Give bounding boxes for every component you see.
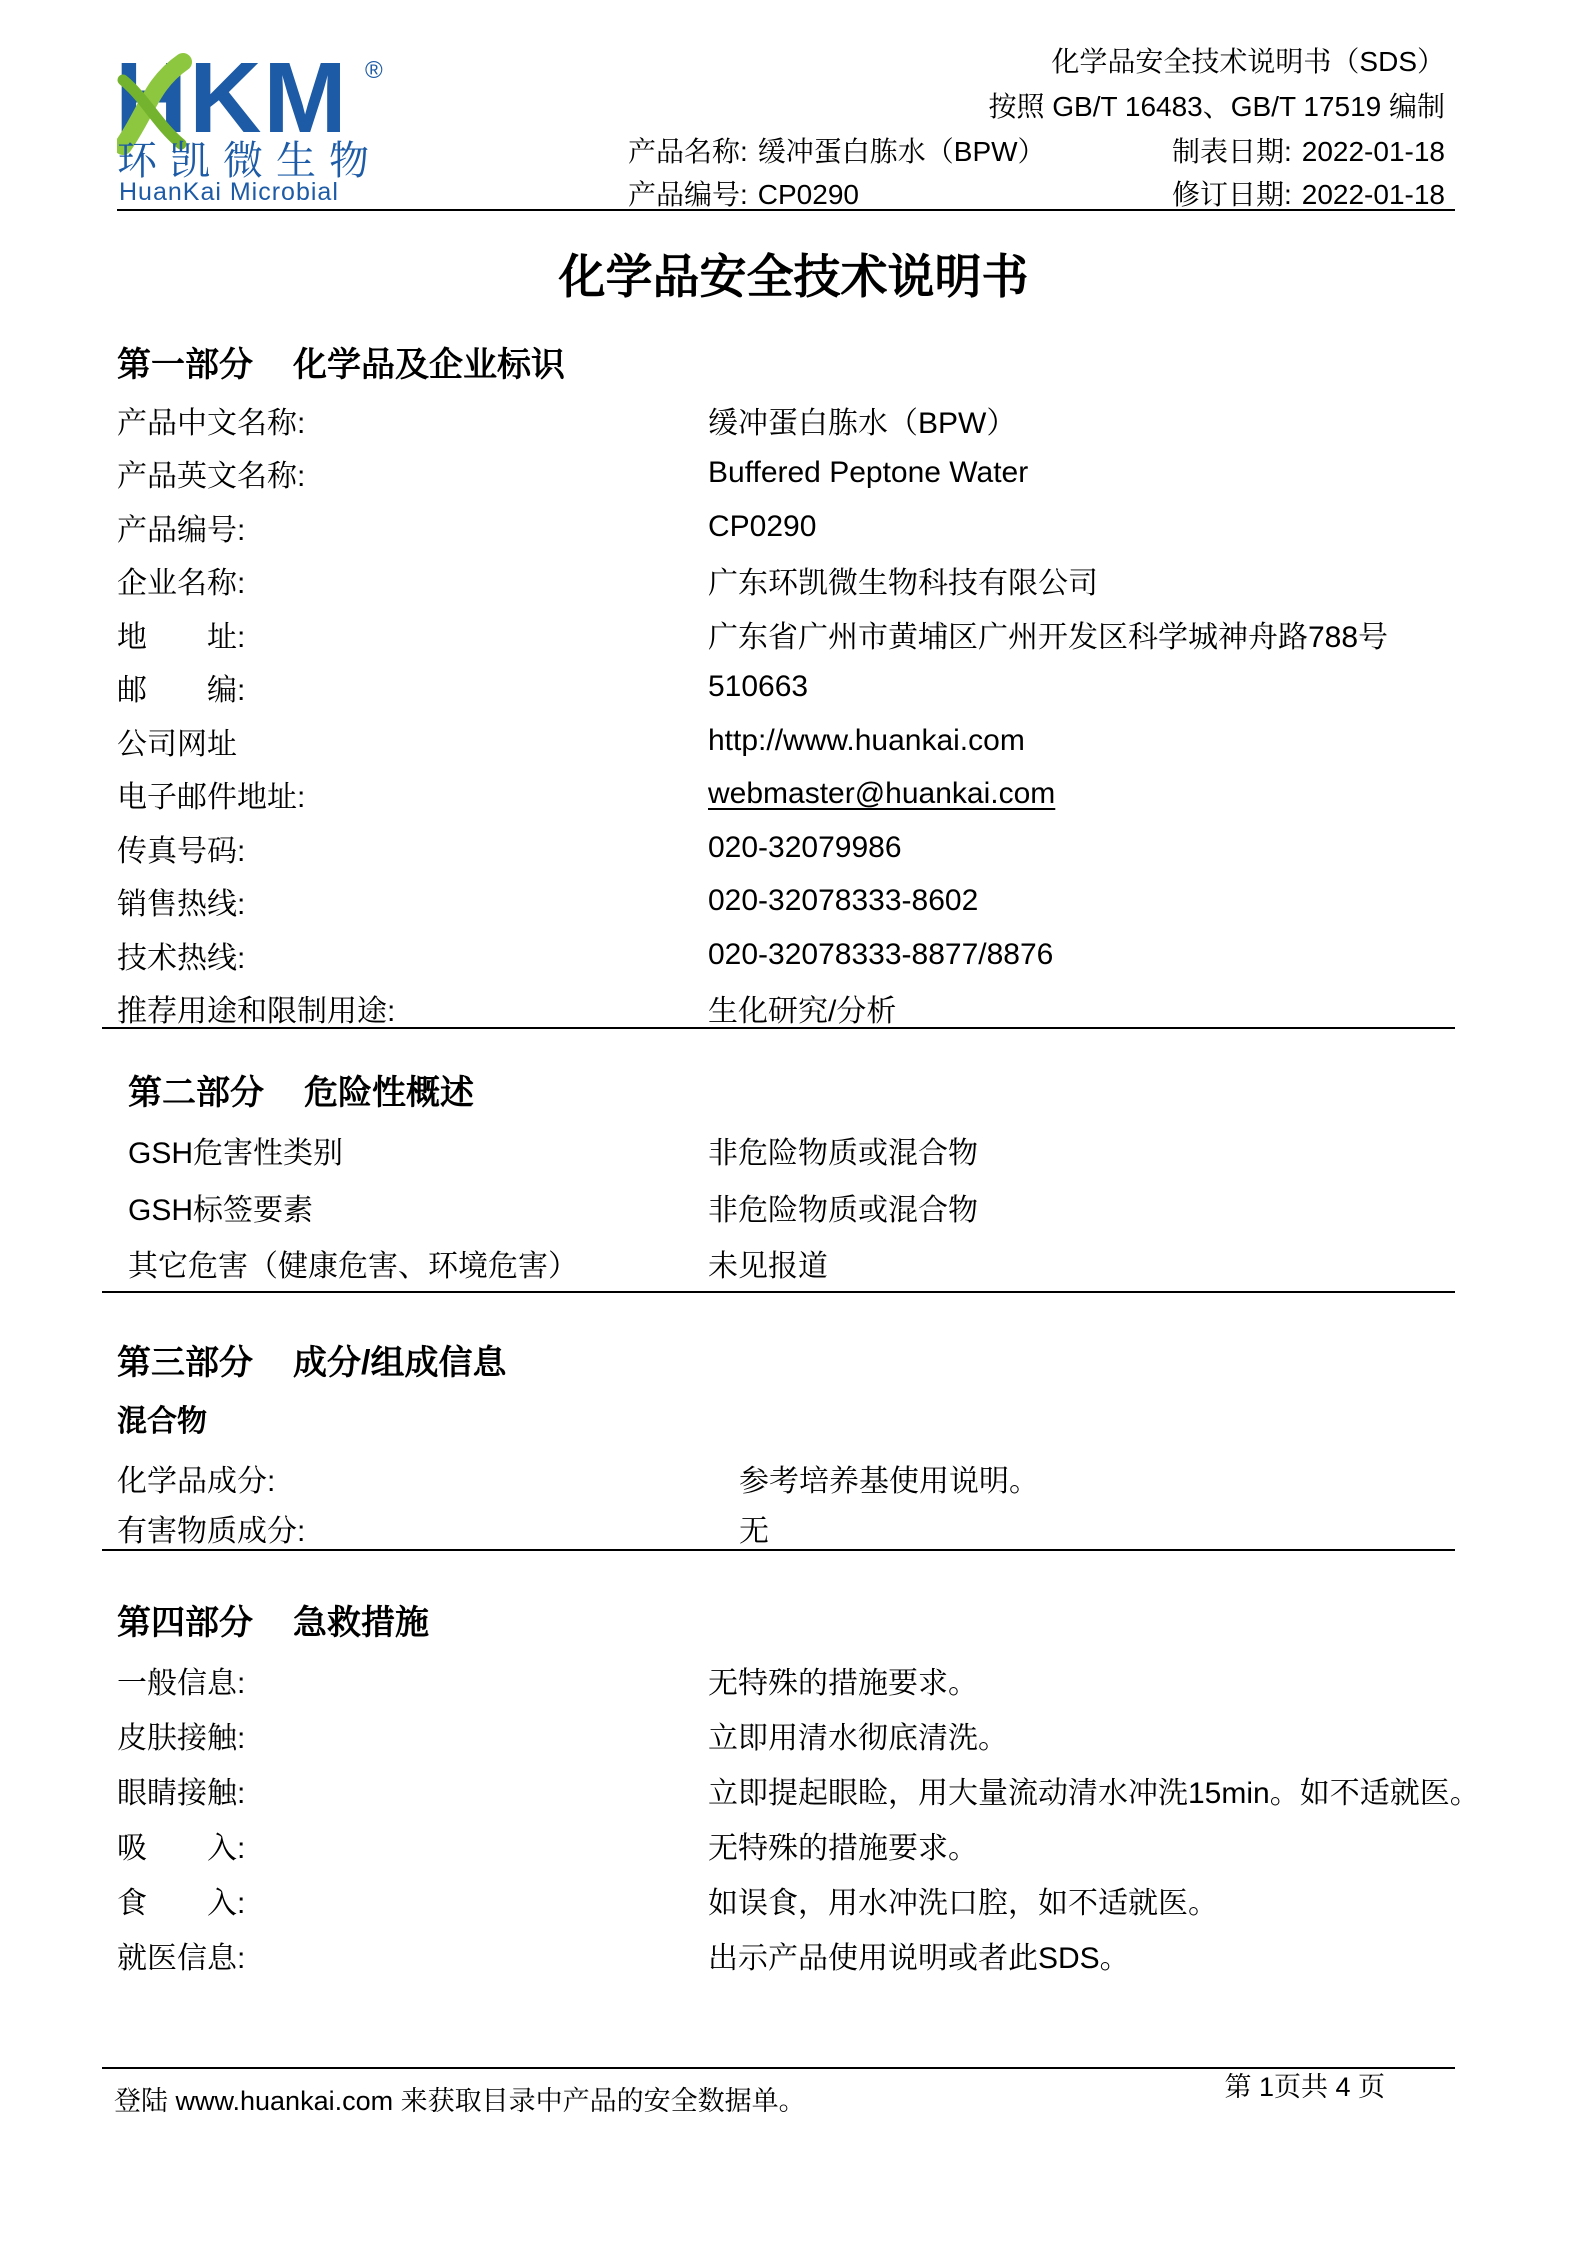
field-value: 020-32079986 [708,831,902,865]
section-3-rows: 化学品成分: 参考培养基使用说明。 有害物质成分: 无 [117,1453,1467,1553]
row-email: 电子邮件地址: webmaster@huankai.com [117,768,1467,822]
field-value: 生化研究/分析 [708,986,896,1030]
section-1-heading: 第一部分化学品及企业标识 [117,345,565,385]
document-title: 化学品安全技术说明书 [0,240,1587,307]
row-eye-contact: 眼睛接触: 立即提起眼睑，用大量流动清水冲洗15min。如不适就医。 [117,1762,1467,1817]
field-label: 公司网址 [117,719,708,763]
section-1-name: 化学品及企业标识 [293,346,565,384]
field-label: 眼睛接触: [117,1768,708,1812]
create-date-value: 2022-01-18 [1302,136,1445,167]
product-name-label: 产品名称: [628,136,748,167]
field-value: 无特殊的措施要求。 [708,1823,978,1867]
row-ghs-label-elements: GSH标签要素 非危险物质或混合物 [128,1179,1467,1236]
row-ingestion: 食 入: 如误食，用水冲洗口腔，如不适就医。 [117,1872,1467,1927]
field-label: GSH标签要素 [128,1185,708,1229]
product-code-value: CP0290 [758,179,859,210]
section-4-rows: 一般信息: 无特殊的措施要求。 皮肤接触: 立即用清水彻底清洗。 眼睛接触: 立… [117,1652,1467,1982]
row-tech-hotline: 技术热线: 020-32078333-8877/8876 [117,928,1467,982]
row-hazardous-components: 有害物质成分: 无 [117,1503,1467,1553]
section-3-number: 第三部分 [117,1344,253,1382]
compiled-standard-line: 按照 GB/T 16483、GB/T 17519 编制 [988,90,1445,124]
section-divider-line [102,1549,1455,1551]
logo-en-name: HuanKai Microbial [119,178,339,206]
product-name-value: 缓冲蛋白胨水（BPW） [758,136,1046,167]
field-value: 立即用清水彻底清洗。 [708,1713,1008,1757]
row-fax: 传真号码: 020-32079986 [117,821,1467,875]
row-product-cn-name: 产品中文名称: 缓冲蛋白胨水（BPW） [117,393,1467,447]
section-divider-line [102,1291,1455,1293]
revise-date-value: 2022-01-18 [1302,179,1445,210]
row-address: 地 址: 广东省广州市黄埔区广州开发区科学城神舟路788号 [117,607,1467,661]
sds-document-page: HKM ® 环凯微生物 HuanKai Microbial 化学品安全技术说明书… [0,0,1587,2245]
field-label: 技术热线: [117,933,708,977]
field-label: 就医信息: [117,1933,708,1977]
mixture-subheading: 混合物 [117,1407,207,1437]
field-value: 无 [739,1506,769,1550]
field-label: 销售热线: [117,879,708,923]
row-website: 公司网址 http://www.huankai.com [117,714,1467,768]
field-value: 020-32078333-8877/8876 [708,938,1053,972]
field-value: 广东环凯微生物科技有限公司 [708,558,1098,602]
field-label: 传真号码: [117,826,708,870]
row-general-info: 一般信息: 无特殊的措施要求。 [117,1652,1467,1707]
header-product-name-row: 产品名称:缓冲蛋白胨水（BPW） 制表日期:2022-01-18 [628,135,1445,169]
section-4-heading: 第四部分急救措施 [117,1603,429,1643]
field-label: 有害物质成分: [117,1506,739,1550]
section-2-number: 第二部分 [128,1074,264,1112]
footer-note: 登陆 www.huankai.com 来获取目录中产品的安全数据单。 [114,2085,806,2117]
field-label: GSH危害性类别 [128,1128,708,1172]
section-2-rows: GSH危害性类别 非危险物质或混合物 GSH标签要素 非危险物质或混合物 其它危… [128,1122,1467,1292]
field-value: 非危险物质或混合物 [708,1185,978,1229]
field-label: 食 入: [117,1878,708,1922]
field-label: 吸 入: [117,1823,708,1867]
row-ghs-hazard-class: GSH危害性类别 非危险物质或混合物 [128,1122,1467,1179]
section-4-number: 第四部分 [117,1604,253,1642]
section-1-rows: 产品中文名称: 缓冲蛋白胨水（BPW） 产品英文名称: Buffered Pep… [117,393,1467,1035]
field-value: 020-32078333-8602 [708,884,978,918]
registered-trademark-icon: ® [365,57,383,84]
field-value: 无特殊的措施要求。 [708,1658,978,1702]
section-divider-line [102,1027,1455,1029]
header-product-code-row: 产品编号:CP0290 修订日期:2022-01-18 [628,178,1445,212]
field-value: 未见报道 [708,1241,828,1285]
field-label: 化学品成分: [117,1456,739,1500]
revise-date-label: 修订日期: [1172,179,1292,210]
field-value: Buffered Peptone Water [708,456,1028,490]
footer-divider-line [102,2067,1455,2069]
section-3-name: 成分/组成信息 [293,1344,506,1382]
header-divider-line [117,209,1455,211]
hkm-logo-graphic: HKM ® 环凯微生物 HuanKai Microbial [117,50,497,208]
section-3-heading: 第三部分成分/组成信息 [117,1343,506,1383]
field-label: 产品英文名称: [117,451,708,495]
field-value: 广东省广州市黄埔区广州开发区科学城神舟路788号 [708,612,1388,656]
row-company-name: 企业名称: 广东环凯微生物科技有限公司 [117,554,1467,608]
row-product-code: 产品编号: CP0290 [117,500,1467,554]
field-label: 皮肤接触: [117,1713,708,1757]
revise-date-pair: 修订日期:2022-01-18 [1172,178,1445,212]
row-inhalation: 吸 入: 无特殊的措施要求。 [117,1817,1467,1872]
field-label: 其它危害（健康危害、环境危害） [128,1241,708,1285]
field-label: 产品编号: [117,505,708,549]
company-logo: HKM ® 环凯微生物 HuanKai Microbial [117,50,497,213]
row-product-en-name: 产品英文名称: Buffered Peptone Water [117,447,1467,501]
email-link[interactable]: webmaster@huankai.com [708,777,1055,811]
field-label: 邮 编: [117,665,708,709]
website-url: http://www.huankai.com [708,724,1025,758]
section-1-number: 第一部分 [117,346,253,384]
field-label: 一般信息: [117,1658,708,1702]
row-sales-hotline: 销售热线: 020-32078333-8602 [117,875,1467,929]
section-4-name: 急救措施 [293,1604,429,1642]
product-code-label: 产品编号: [628,179,748,210]
field-value: 立即提起眼睑，用大量流动清水冲洗15min。如不适就医。 [708,1768,1480,1812]
create-date-pair: 制表日期:2022-01-18 [1172,135,1445,169]
field-value: CP0290 [708,510,816,544]
section-2-heading: 第二部分危险性概述 [128,1073,474,1113]
field-value: 缓冲蛋白胨水（BPW） [708,398,1016,442]
field-label: 推荐用途和限制用途: [117,986,708,1030]
row-postcode: 邮 编: 510663 [117,661,1467,715]
field-value: 非危险物质或混合物 [708,1128,978,1172]
field-value: 如误食，用水冲洗口腔，如不适就医。 [708,1878,1218,1922]
section-2-name: 危险性概述 [304,1074,474,1112]
product-code-pair: 产品编号:CP0290 [628,178,859,212]
field-label: 电子邮件地址: [117,772,708,816]
doc-type-line: 化学品安全技术说明书（SDS） [1051,45,1445,79]
create-date-label: 制表日期: [1172,136,1292,167]
field-value: 参考培养基使用说明。 [739,1456,1039,1500]
row-other-hazards: 其它危害（健康危害、环境危害） 未见报道 [128,1235,1467,1292]
row-medical-info: 就医信息: 出示产品使用说明或者此SDS。 [117,1927,1467,1982]
product-name-pair: 产品名称:缓冲蛋白胨水（BPW） [628,135,1046,169]
row-chemical-composition: 化学品成分: 参考培养基使用说明。 [117,1453,1467,1503]
field-label: 企业名称: [117,558,708,602]
field-label: 产品中文名称: [117,398,708,442]
field-label: 地 址: [117,612,708,656]
field-value: 出示产品使用说明或者此SDS。 [708,1933,1130,1977]
field-value: 510663 [708,670,808,704]
logo-cn-name: 环凯微生物 [117,139,382,183]
page-indicator: 第 1页共 4 页 [1224,2071,1385,2103]
row-skin-contact: 皮肤接触: 立即用清水彻底清洗。 [117,1707,1467,1762]
